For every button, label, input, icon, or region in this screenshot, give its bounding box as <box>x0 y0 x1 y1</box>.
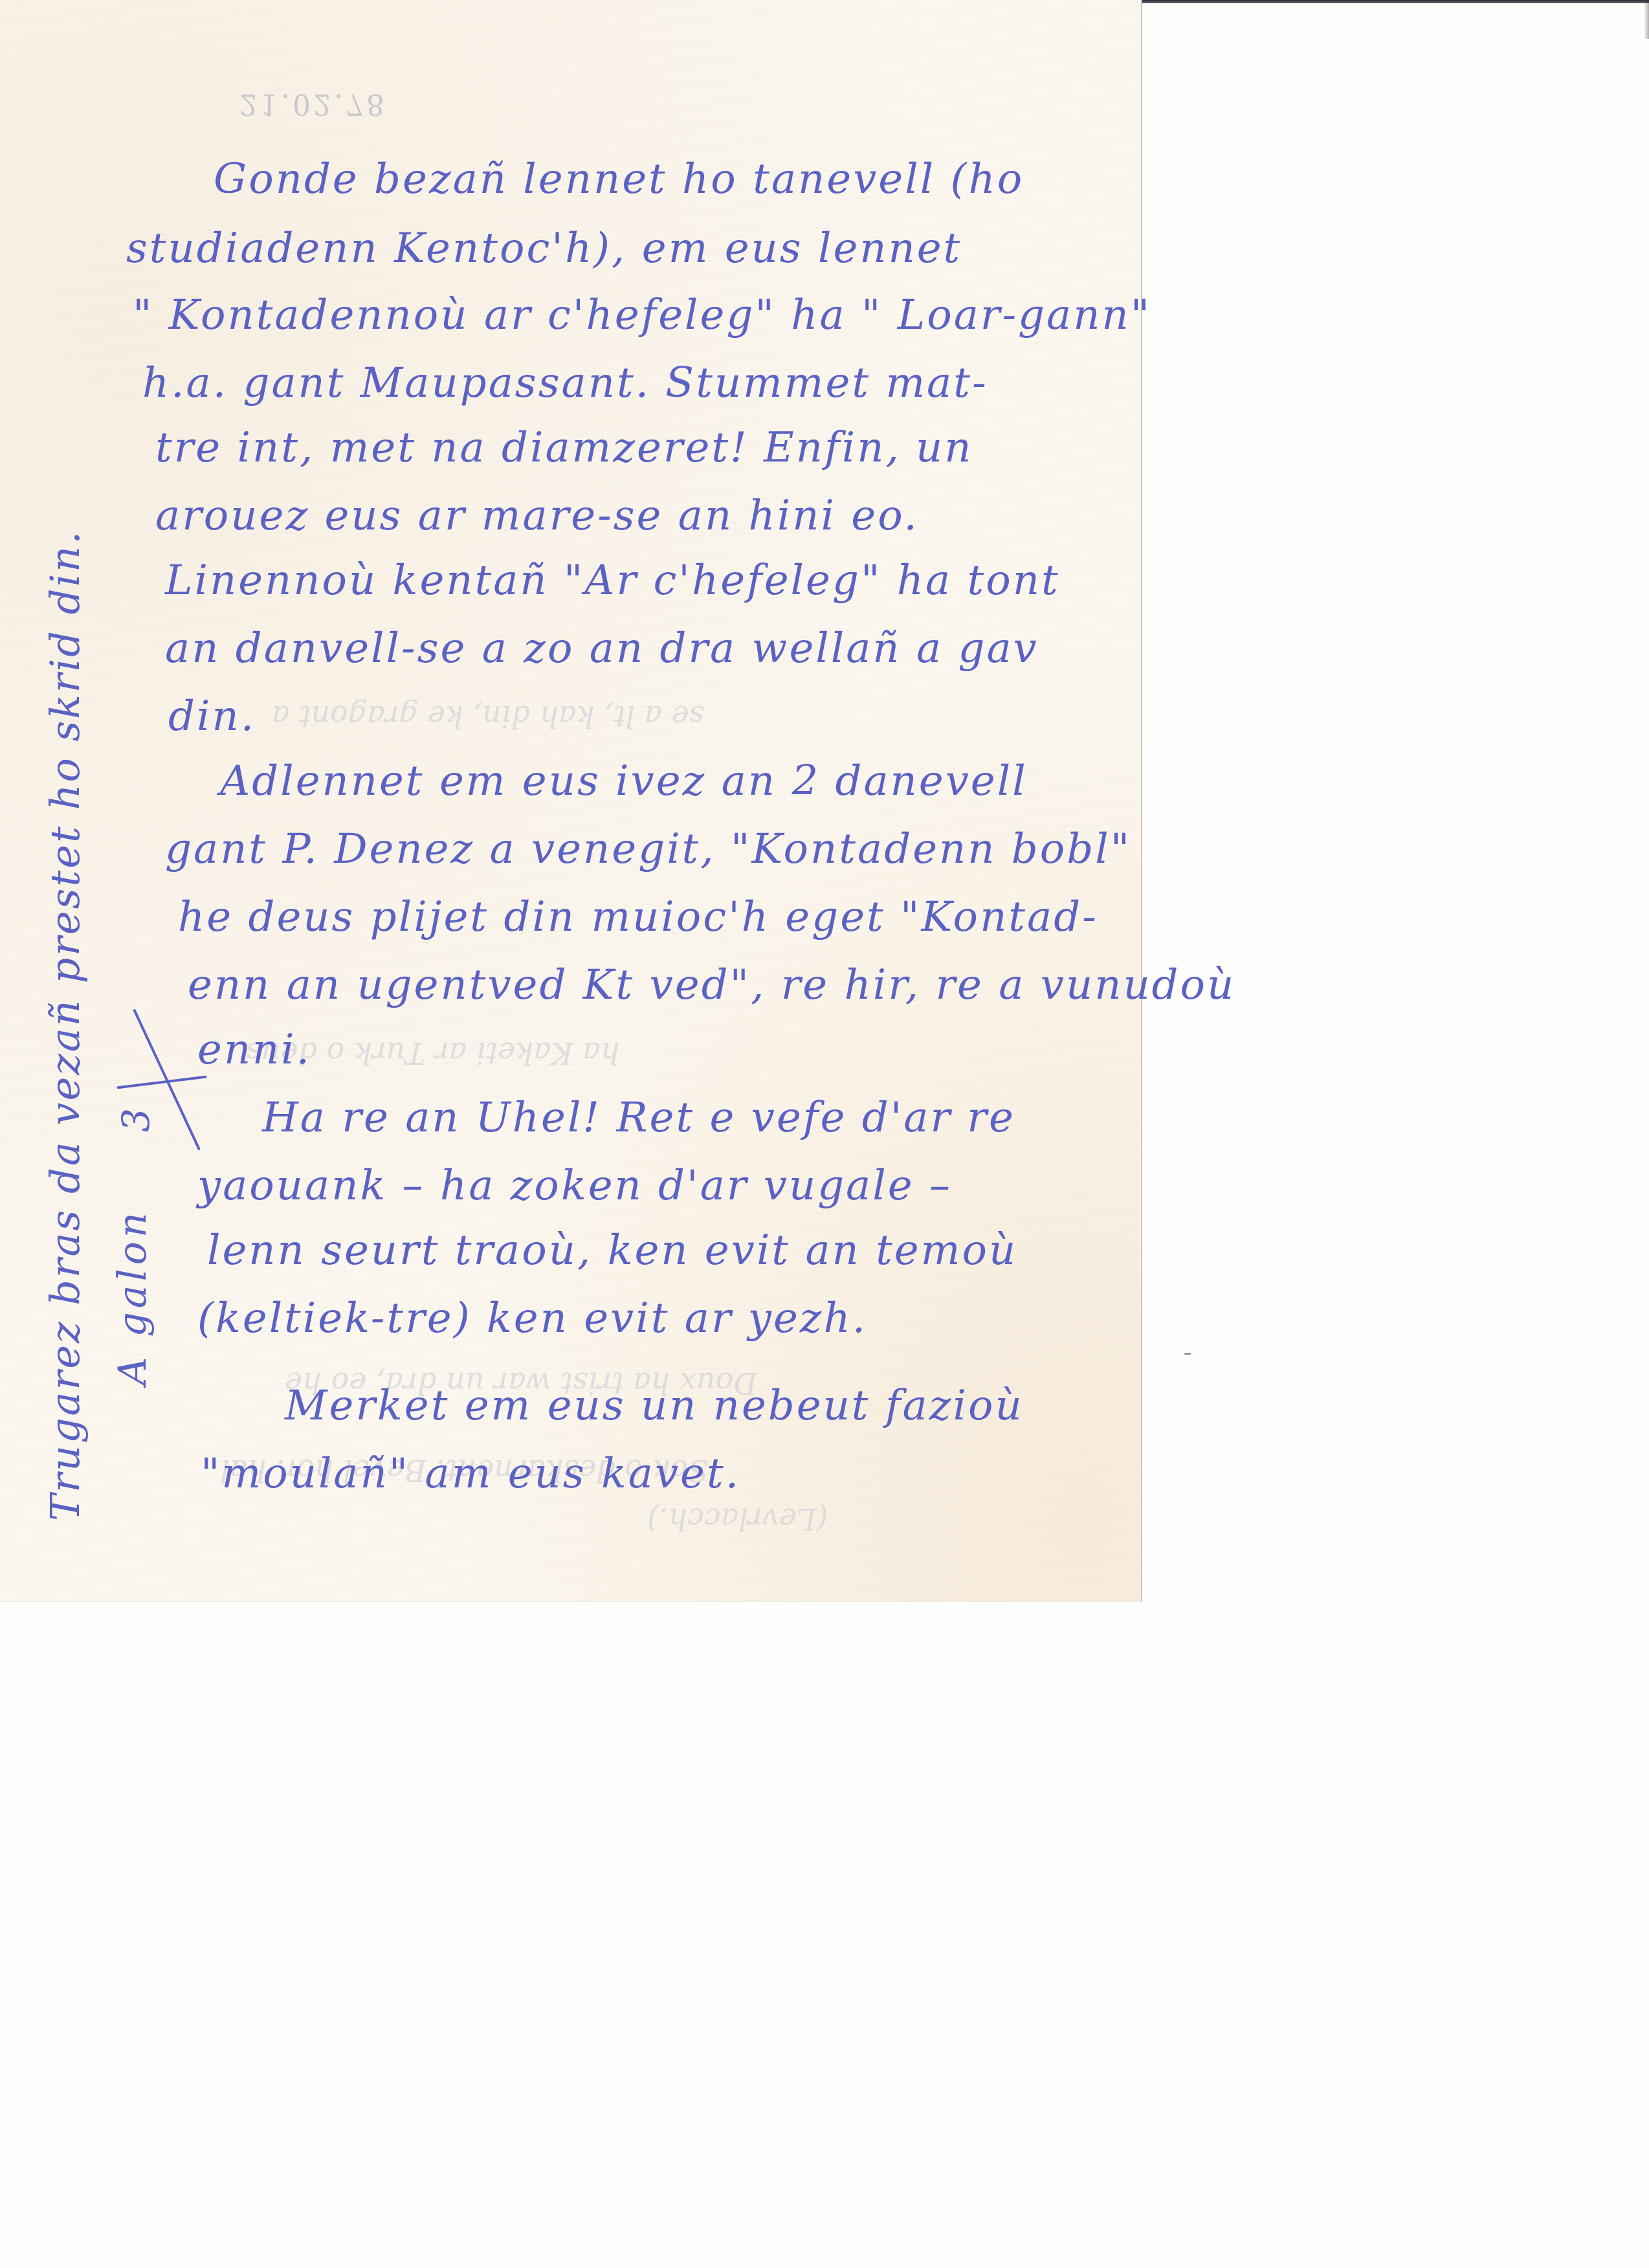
letter-line: "moulañ" am eus kavet. <box>201 1453 740 1495</box>
paper-speck <box>1184 1353 1191 1355</box>
letter-line: studiadenn Kentoc'h), em eus lennet <box>126 228 962 269</box>
letter-line: Linennoù kentañ "Ar c'hefeleg" ha tont <box>165 560 1060 601</box>
scanner-corner-shadow <box>1644 0 1649 39</box>
letter-line: Ha re an Uhel! Ret e vefe d'ar re <box>262 1097 1015 1139</box>
letter-line: enn an ugentved Kt ved", re hir, re a vu… <box>188 964 1235 1006</box>
letter-line: h.a. gant Maupassant. Stummet mat- <box>142 362 988 404</box>
signature: A galon <box>113 1208 152 1385</box>
letter-page: 21.02.78 se a lt, kah din, ke gragont a … <box>0 0 1142 1602</box>
letter-line: Merket em eus un nebeut fazioù <box>285 1385 1024 1427</box>
letter-line: lenn seurt traoù, ken evit an temoù <box>207 1230 1017 1271</box>
letter-line: din. <box>168 696 256 737</box>
letter-line: arouez eus ar mare-se an hini eo. <box>155 495 919 537</box>
letter-line: tre int, met na diamzeret! Enfin, un <box>155 427 973 469</box>
letter-body: Gonde bezañ lennet ho tanevell (ho studi… <box>0 0 1142 1602</box>
letter-line: he deus plijet din muioc'h eget "Kontad- <box>178 896 1098 938</box>
margin-note-thanks: Trugarez bras da vezañ prestet ho skrid … <box>45 529 85 1521</box>
letter-line: (keltiek-tre) ken evit ar yezh. <box>197 1298 867 1339</box>
letter-line: " Kontadennoù ar c'hefeleg" ha " Loar-ga… <box>133 295 1151 336</box>
letter-line: enni. <box>197 1029 311 1071</box>
letter-line: Gonde bezañ lennet ho tanevell (ho <box>214 159 1024 200</box>
letter-line: Adlennet em eus ivez an 2 danevell <box>220 761 1028 802</box>
letter-line: gant P. Denez a venegit, "Kontadenn bobl… <box>165 828 1131 870</box>
letter-line: yaouank – ha zoken d'ar vugale – <box>197 1165 952 1206</box>
scanner-lid-edge <box>1142 0 1649 3</box>
letter-line: an danvell-se a zo an dra wellañ a gav <box>165 628 1039 669</box>
signature-initial: 3 <box>117 1106 155 1132</box>
